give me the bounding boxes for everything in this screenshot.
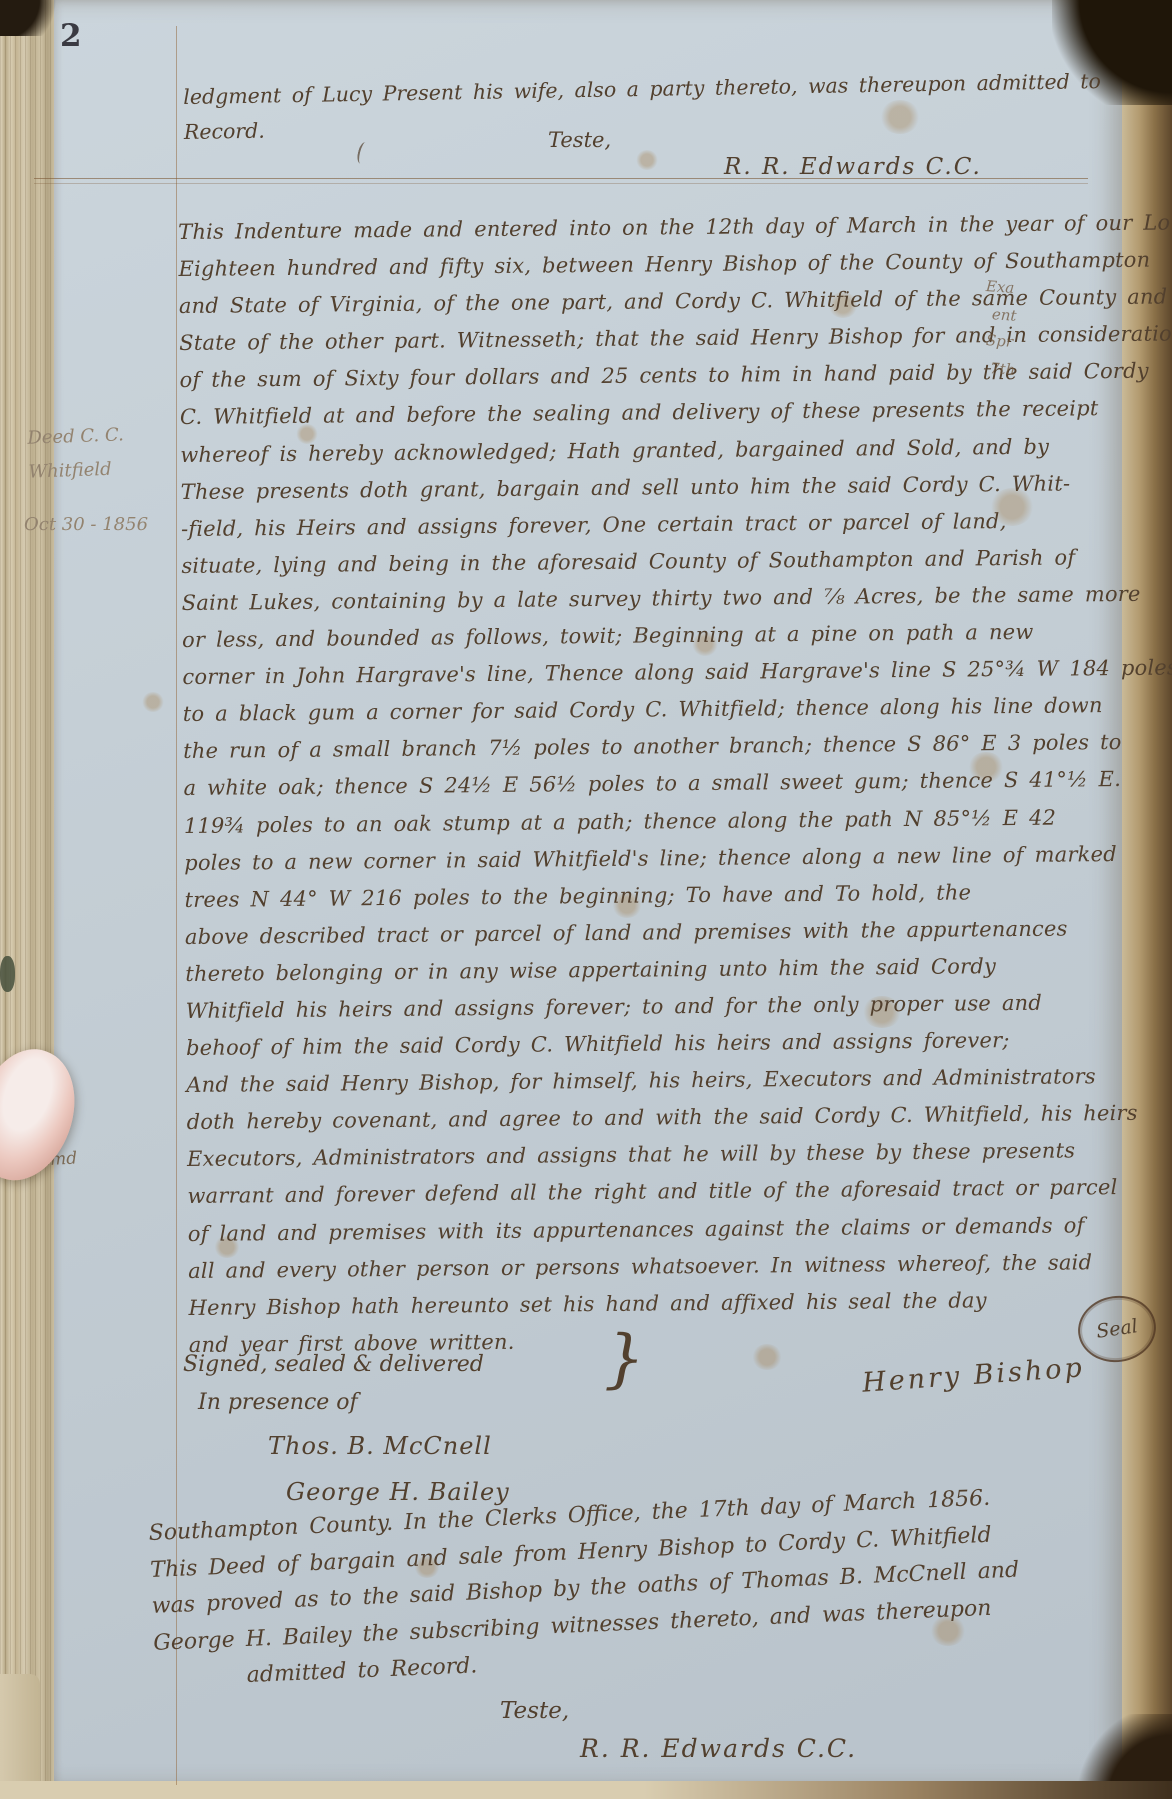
attest-label-bottom: Teste,	[500, 1698, 569, 1724]
ink-smudge	[0, 956, 15, 992]
clerk-signature-bottom: R. R. Edwards C.C.	[580, 1734, 857, 1763]
margin-note-deed-line: Whitfield	[28, 452, 126, 489]
margin-note-deed-line: Deed C. C.	[27, 418, 125, 455]
deed-book-scan: 2 ledgment of Lucy Present his wife, als…	[0, 0, 1172, 1799]
stain-spot	[142, 692, 164, 712]
margin-note-date: Oct 30 - 1856	[24, 514, 148, 535]
signed-sealed-line: Signed, sealed & delivered	[183, 1352, 484, 1377]
adjacent-page-fragment: 7th	[989, 359, 1015, 379]
book-edge-left	[0, 0, 54, 1799]
seal-label: Seal	[1095, 1315, 1139, 1343]
deed-body: This Indenture made and entered into on …	[178, 204, 1172, 1364]
stain-spot	[636, 150, 658, 170]
adjacent-page-fragment: Spr	[985, 331, 1013, 351]
clerk-signature-top: R. R. Edwards C.C.	[724, 154, 982, 180]
page-number: 2	[60, 18, 82, 54]
adjacent-page-fragment: Exa	[985, 277, 1015, 297]
presence-line: In presence of	[198, 1390, 358, 1415]
witness-brace: }	[604, 1322, 645, 1396]
clerk-certification: Southampton County. In the Clerks Office…	[148, 1480, 1023, 1699]
margin-note-deed: Deed C. C. Whitfield	[27, 418, 126, 489]
attest-label-top: Teste,	[548, 128, 611, 152]
corner-shadow-top-left	[0, 0, 62, 36]
adjacent-page-fragment: ent	[991, 305, 1017, 325]
witness-signature: Thos. B. McCnell	[268, 1432, 492, 1460]
